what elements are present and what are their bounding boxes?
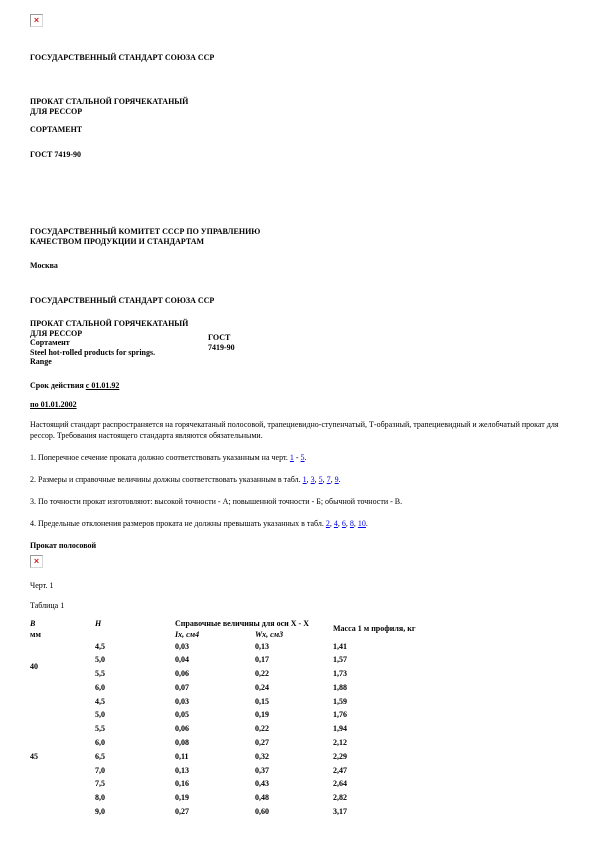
reference-link[interactable]: 9 <box>335 475 339 484</box>
ix-value: 0,06 <box>175 722 255 736</box>
mass-value: 2,82 <box>333 791 473 805</box>
mass-value: 1,76 <box>333 708 473 722</box>
clause-4-text: 4. Предельные отклонения размеров прокат… <box>30 519 326 528</box>
wx-value: 0,15 <box>255 695 333 709</box>
clause-2-text: 2. Размеры и справочные величины должны … <box>30 475 303 484</box>
h-value: 5,0 <box>95 653 175 667</box>
wx-value: 0,60 <box>255 805 333 819</box>
wx-value: 0,27 <box>255 736 333 750</box>
table-row: 454,50,030,151,59 <box>30 695 473 709</box>
reference-link[interactable]: 1 <box>303 475 307 484</box>
wx-value: 0,13 <box>255 640 333 654</box>
ix-value: 0,27 <box>175 805 255 819</box>
column-header-ix: Ix, см4 <box>175 629 255 640</box>
mass-value: 3,17 <box>333 805 473 819</box>
validity-to-link[interactable]: по 01.01.2002 <box>30 400 77 409</box>
broken-image-x-icon: × <box>34 556 39 566</box>
mass-value: 1,59 <box>333 695 473 709</box>
title-ru-line1: ПРОКАТ СТАЛЬНОЙ ГОРЯЧЕКАТАНЫЙ <box>30 319 208 329</box>
h-value: 5,5 <box>95 722 175 736</box>
h-value: 8,0 <box>95 791 175 805</box>
validity-from-line: Срок действия с 01.01.92 <box>30 381 573 391</box>
clause-2: 2. Размеры и справочные величины должны … <box>30 474 573 485</box>
wx-value: 0,19 <box>255 708 333 722</box>
table-row: 6,00,070,241,88 <box>30 681 473 695</box>
wx-value: 0,24 <box>255 681 333 695</box>
committee-line1: ГОСУДАРСТВЕННЫЙ КОМИТЕТ СССР ПО УПРАВЛЕН… <box>30 227 573 237</box>
table-row: 404,50,030,131,41 <box>30 640 473 654</box>
profile-table-header: В мм Н Справочные величины для оси X - X… <box>30 618 473 640</box>
mass-value: 2,64 <box>333 777 473 791</box>
ix-value: 0,11 <box>175 750 255 764</box>
wx-value: 0,48 <box>255 791 333 805</box>
ix-value: 0,05 <box>175 708 255 722</box>
table-row: 6,50,110,322,29 <box>30 750 473 764</box>
table-caption: Таблица 1 <box>30 601 573 611</box>
document-subtitle: СОРТАМЕНТ <box>30 125 573 135</box>
h-value: 7,0 <box>95 764 175 778</box>
clause-1-links: 1 - 5. <box>290 453 307 462</box>
column-header-mass: Масса 1 м профиля, кг <box>333 618 473 640</box>
ix-value: 0,03 <box>175 640 255 654</box>
h-value: 9,0 <box>95 805 175 819</box>
reference-link[interactable]: 4 <box>334 519 338 528</box>
reference-link[interactable]: 1 <box>290 453 294 462</box>
h-value: 4,5 <box>95 640 175 654</box>
ix-value: 0,16 <box>175 777 255 791</box>
reference-link[interactable]: 7 <box>327 475 331 484</box>
document-title: ПРОКАТ СТАЛЬНОЙ ГОРЯЧЕКАТАНЫЙ ДЛЯ РЕССОР <box>30 97 573 117</box>
validity-to-line: по 01.01.2002 <box>30 400 573 410</box>
standard-org-heading-repeat: ГОСУДАРСТВЕННЫЙ СТАНДАРТ СОЮЗА ССР <box>30 296 573 306</box>
document-title-line1: ПРОКАТ СТАЛЬНОЙ ГОРЯЧЕКАТАНЫЙ <box>30 97 573 107</box>
clause-1-text: 1. Поперечное сечение проката должно соо… <box>30 453 290 462</box>
ix-value: 0,07 <box>175 681 255 695</box>
column-group-header-reference-values: Справочные величины для оси X - X <box>175 618 333 629</box>
h-value: 5,5 <box>95 667 175 681</box>
table-row: 6,00,080,272,12 <box>30 736 473 750</box>
b-unit: мм <box>30 630 41 639</box>
flat-products-heading: Прокат полосовой <box>30 540 573 551</box>
table-row: 8,00,190,482,82 <box>30 791 473 805</box>
clause-4: 4. Предельные отклонения размеров прокат… <box>30 518 573 529</box>
clause-1: 1. Поперечное сечение проката должно соо… <box>30 452 573 463</box>
table-row: 5,00,050,191,76 <box>30 708 473 722</box>
title-en-line1: Steel hot-rolled products for springs. <box>30 348 208 358</box>
wx-value: 0,22 <box>255 722 333 736</box>
column-header-wx: Wx, см3 <box>255 629 333 640</box>
wx-value: 0,32 <box>255 750 333 764</box>
profile-dimensions-table: В мм Н Справочные величины для оси X - X… <box>30 618 473 819</box>
document-page: × ГОСУДАРСТВЕННЫЙ СТАНДАРТ СОЮЗА ССР ПРО… <box>0 0 595 842</box>
figure-caption: Черт. 1 <box>30 581 573 591</box>
title-code-line2: 7419-90 <box>208 343 235 353</box>
committee-line2: КАЧЕСТВОМ ПРОДУКЦИИ И СТАНДАРТАМ <box>30 237 573 247</box>
h-value: 6,0 <box>95 681 175 695</box>
table-row: 5,00,040,171,57 <box>30 653 473 667</box>
ix-value: 0,08 <box>175 736 255 750</box>
title-ru-line2: ДЛЯ РЕССОР <box>30 329 208 339</box>
reference-link[interactable]: 5 <box>301 453 305 462</box>
reference-link[interactable]: 6 <box>342 519 346 528</box>
clause-3: 3. По точности прокат изготовляют: высок… <box>30 496 573 507</box>
reference-link[interactable]: 2 <box>326 519 330 528</box>
table-row: 7,50,160,432,64 <box>30 777 473 791</box>
ix-value: 0,04 <box>175 653 255 667</box>
committee-heading: ГОСУДАРСТВЕННЫЙ КОМИТЕТ СССР ПО УПРАВЛЕН… <box>30 227 573 247</box>
table-row: 5,50,060,221,94 <box>30 722 473 736</box>
table-row: 9,00,270,603,17 <box>30 805 473 819</box>
wx-value: 0,17 <box>255 653 333 667</box>
profile-table-body: 404,50,030,131,415,00,040,171,575,50,060… <box>30 640 473 819</box>
ix-value: 0,06 <box>175 667 255 681</box>
title-block-names: ПРОКАТ СТАЛЬНОЙ ГОРЯЧЕКАТАНЫЙ ДЛЯ РЕССОР… <box>30 319 208 367</box>
h-value: 7,5 <box>95 777 175 791</box>
validity-from-link[interactable]: с 01.01.92 <box>86 381 120 390</box>
document-title-line2: ДЛЯ РЕССОР <box>30 107 573 117</box>
mass-value: 1,94 <box>333 722 473 736</box>
mass-value: 1,57 <box>333 653 473 667</box>
wx-value: 0,37 <box>255 764 333 778</box>
mass-value: 1,41 <box>333 640 473 654</box>
mass-value: 2,47 <box>333 764 473 778</box>
h-value: 4,5 <box>95 695 175 709</box>
h-value: 6,5 <box>95 750 175 764</box>
mass-value: 1,88 <box>333 681 473 695</box>
title-code-line1: ГОСТ <box>208 333 235 343</box>
clause-3-text: 3. По точности прокат изготовляют: высок… <box>30 497 402 506</box>
table-row: 7,00,130,372,47 <box>30 764 473 778</box>
h-value: 6,0 <box>95 736 175 750</box>
broken-image-icon: × <box>30 14 43 27</box>
mass-value: 2,29 <box>333 750 473 764</box>
mass-value: 1,73 <box>333 667 473 681</box>
broken-image-x-icon: × <box>34 15 39 25</box>
h-symbol: Н <box>95 619 101 628</box>
ix-value: 0,03 <box>175 695 255 709</box>
column-header-b: В мм <box>30 618 95 640</box>
clause-4-links: 2, 4, 6, 8, 10. <box>326 519 368 528</box>
intro-paragraph: Настоящий стандарт распространяется на г… <box>30 419 573 441</box>
title-block: ПРОКАТ СТАЛЬНОЙ ГОРЯЧЕКАТАНЫЙ ДЛЯ РЕССОР… <box>30 319 573 367</box>
b-value: 45 <box>30 695 95 819</box>
title-block-code: ГОСТ 7419-90 <box>208 333 235 352</box>
standard-org-heading: ГОСУДАРСТВЕННЫЙ СТАНДАРТ СОЮЗА ССР <box>30 53 573 63</box>
validity-prefix: Срок действия <box>30 381 86 390</box>
column-header-h: Н <box>95 618 175 640</box>
reference-link[interactable]: 8 <box>350 519 354 528</box>
b-value: 40 <box>30 640 95 695</box>
title-en-line2: Range <box>30 357 208 367</box>
broken-image-icon-figure: × <box>30 555 43 568</box>
table-row: 5,50,060,221,73 <box>30 667 473 681</box>
b-symbol: В <box>30 619 35 628</box>
reference-link[interactable]: 3 <box>311 475 315 484</box>
wx-value: 0,43 <box>255 777 333 791</box>
reference-link[interactable]: 10 <box>358 519 366 528</box>
clause-2-links: 1, 3, 5, 7, 9. <box>303 475 341 484</box>
standard-code: ГОСТ 7419-90 <box>30 150 573 160</box>
reference-link[interactable]: 5 <box>319 475 323 484</box>
h-value: 5,0 <box>95 708 175 722</box>
city-label: Москва <box>30 261 573 271</box>
title-subtitle-ru: Сортамент <box>30 338 208 348</box>
ix-value: 0,13 <box>175 764 255 778</box>
wx-value: 0,22 <box>255 667 333 681</box>
ix-value: 0,19 <box>175 791 255 805</box>
mass-value: 2,12 <box>333 736 473 750</box>
